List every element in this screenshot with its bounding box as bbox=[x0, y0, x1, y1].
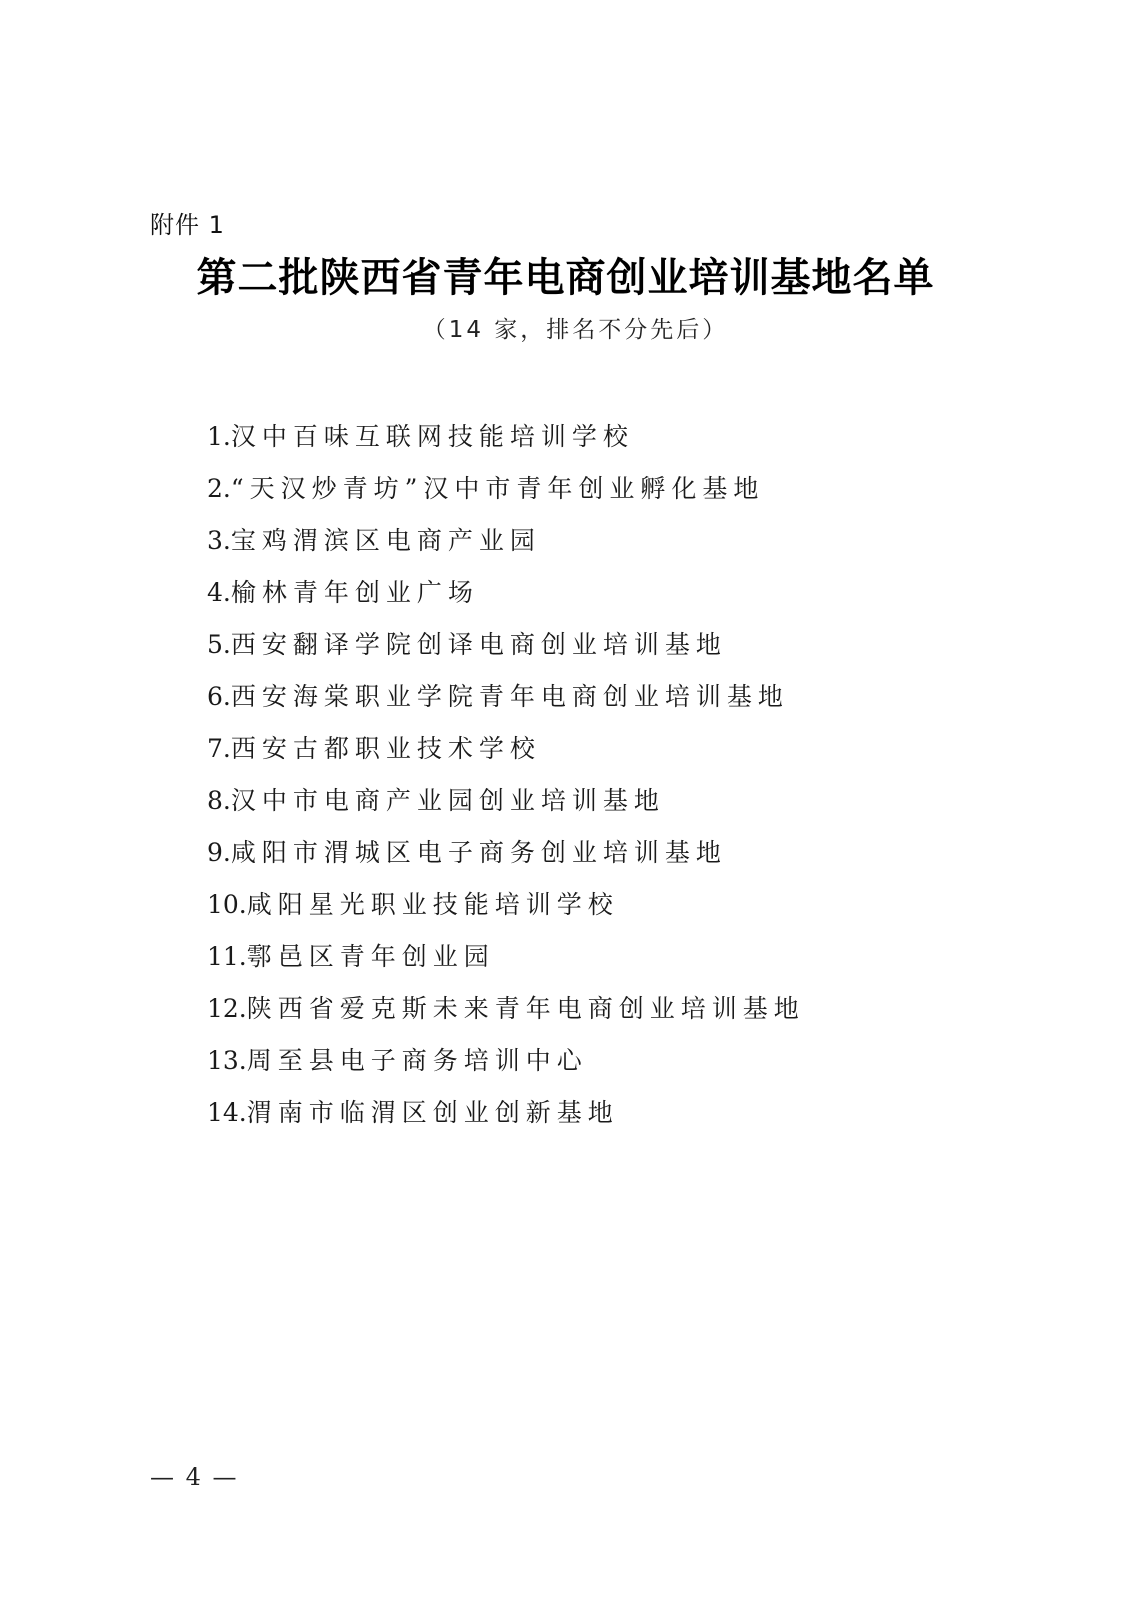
item-name: 汉中市电商产业园创业培训基地 bbox=[231, 786, 665, 815]
list-item: 5.西安翻译学院创译电商创业培训基地 bbox=[207, 623, 805, 675]
training-base-list: 1.汉中百味互联网技能培训学校 2.“天汉炒青坊”汉中市青年创业孵化基地 3.宝… bbox=[207, 415, 805, 1143]
list-item: 9.咸阳市渭城区电子商务创业培训基地 bbox=[207, 831, 805, 883]
item-number: 1. bbox=[207, 422, 231, 451]
item-name: 西安翻译学院创译电商创业培训基地 bbox=[231, 630, 727, 659]
item-name: 西安海棠职业学院青年电商创业培训基地 bbox=[231, 682, 789, 711]
item-number: 2. bbox=[207, 474, 231, 503]
item-number: 13. bbox=[207, 1046, 247, 1075]
document-title: 第二批陕西省青年电商创业培训基地名单 bbox=[0, 250, 1131, 306]
item-name: 榆林青年创业广场 bbox=[231, 578, 479, 607]
document-subtitle: （14 家，排名不分先后） bbox=[0, 312, 1131, 348]
item-number: 8. bbox=[207, 786, 231, 815]
attachment-label: 附件 1 bbox=[150, 208, 225, 242]
item-number: 6. bbox=[207, 682, 231, 711]
list-item: 10.咸阳星光职业技能培训学校 bbox=[207, 883, 805, 935]
item-number: 5. bbox=[207, 630, 231, 659]
document-page: 附件 1 第二批陕西省青年电商创业培训基地名单 （14 家，排名不分先后） 1.… bbox=[0, 0, 1131, 1600]
list-item: 8.汉中市电商产业园创业培训基地 bbox=[207, 779, 805, 831]
item-number: 11. bbox=[207, 942, 247, 971]
item-name: “天汉炒青坊”汉中市青年创业孵化基地 bbox=[231, 474, 765, 503]
list-item: 14.渭南市临渭区创业创新基地 bbox=[207, 1091, 805, 1143]
list-item: 12.陕西省爱克斯未来青年电商创业培训基地 bbox=[207, 987, 805, 1039]
item-number: 9. bbox=[207, 838, 231, 867]
item-name: 陕西省爱克斯未来青年电商创业培训基地 bbox=[247, 994, 805, 1023]
item-name: 西安古都职业技术学校 bbox=[231, 734, 541, 763]
item-name: 宝鸡渭滨区电商产业园 bbox=[231, 526, 541, 555]
item-name: 汉中百味互联网技能培训学校 bbox=[231, 422, 634, 451]
item-number: 7. bbox=[207, 734, 231, 763]
item-name: 咸阳市渭城区电子商务创业培训基地 bbox=[231, 838, 727, 867]
item-number: 10. bbox=[207, 890, 247, 919]
item-name: 周至县电子商务培训中心 bbox=[247, 1046, 588, 1075]
list-item: 6.西安海棠职业学院青年电商创业培训基地 bbox=[207, 675, 805, 727]
list-item: 11.鄠邑区青年创业园 bbox=[207, 935, 805, 987]
item-number: 3. bbox=[207, 526, 231, 555]
item-number: 12. bbox=[207, 994, 247, 1023]
list-item: 13.周至县电子商务培训中心 bbox=[207, 1039, 805, 1091]
list-item: 2.“天汉炒青坊”汉中市青年创业孵化基地 bbox=[207, 467, 805, 519]
item-name: 渭南市临渭区创业创新基地 bbox=[247, 1098, 619, 1127]
item-number: 14. bbox=[207, 1098, 247, 1127]
item-name: 鄠邑区青年创业园 bbox=[247, 942, 495, 971]
list-item: 1.汉中百味互联网技能培训学校 bbox=[207, 415, 805, 467]
list-item: 3.宝鸡渭滨区电商产业园 bbox=[207, 519, 805, 571]
list-item: 7.西安古都职业技术学校 bbox=[207, 727, 805, 779]
page-number: — 4 — bbox=[150, 1460, 239, 1494]
list-item: 4.榆林青年创业广场 bbox=[207, 571, 805, 623]
item-number: 4. bbox=[207, 578, 231, 607]
item-name: 咸阳星光职业技能培训学校 bbox=[247, 890, 619, 919]
